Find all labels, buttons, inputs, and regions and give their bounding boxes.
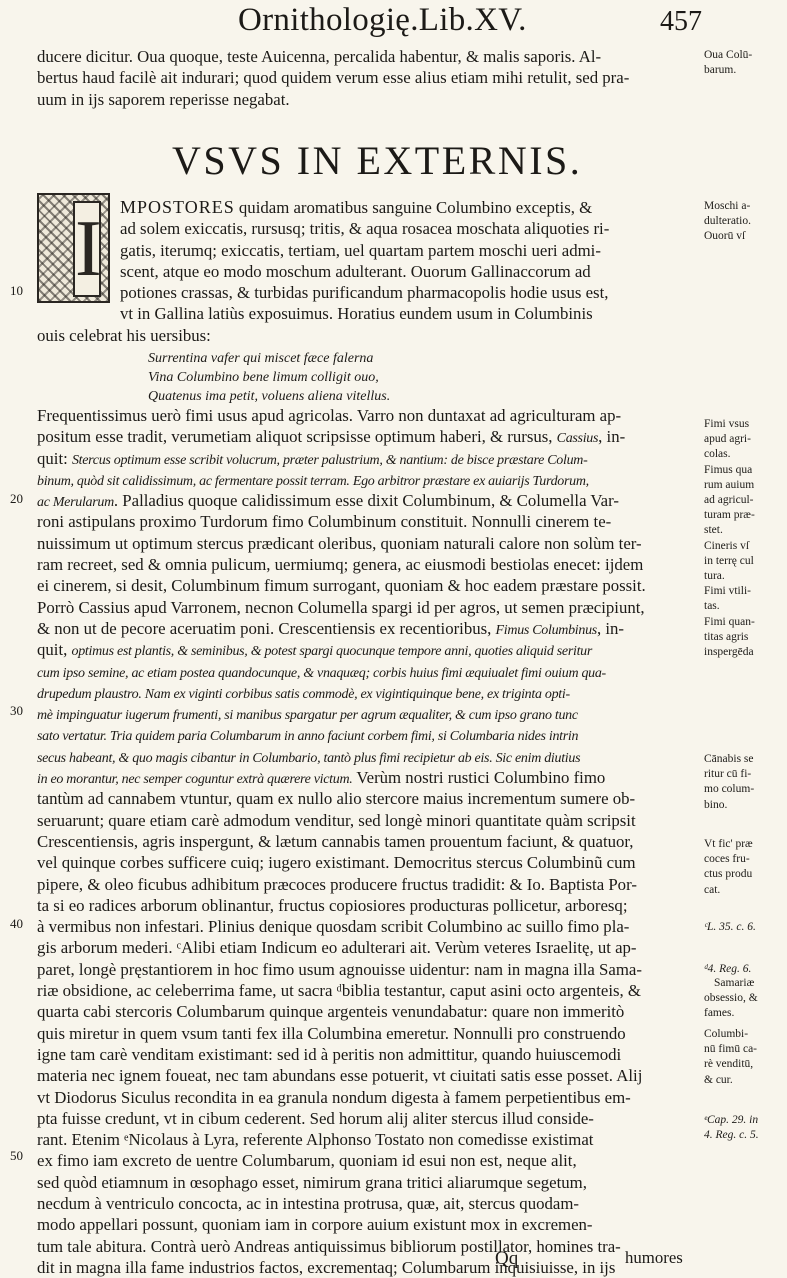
page-number: 457 — [660, 4, 702, 40]
text-line: binum, quòd sit calidissimum, ac ferment… — [37, 469, 697, 490]
text-fragment: necdum à ventriculo concocta, ac in inte… — [37, 1194, 579, 1213]
text-fragment: positum esse tradit, verumetiam aliquot … — [37, 427, 557, 446]
text-line: secus habeant, & quo magis cibantur in C… — [37, 746, 697, 767]
text-line: vt in Gallina latiùs exposuimus. Horatiu… — [120, 303, 700, 324]
text-fragment: paret, longè pręstantiorem in hoc fimo u… — [37, 960, 642, 979]
text-line: sato vertatur. Tria quidem paria Columba… — [37, 724, 697, 745]
section-heading: VSVS IN EXTERNIS. — [172, 136, 582, 186]
verse-line: Surrentina vafer qui miscet fæce falerna — [148, 349, 390, 368]
text-line: quarta cabi stercoris Columbarum quinque… — [37, 1001, 697, 1022]
text-line: riæ obsidione, ac celeberrima fame, ut s… — [37, 980, 697, 1001]
text-fragment: vel quinque corbes sufficere cuiq; iuger… — [37, 853, 636, 872]
text-fragment: Crescentiensis, agris inspergunt, & lætu… — [37, 832, 634, 851]
text-line: dit in magna illa fame industrios factos… — [37, 1257, 697, 1278]
margin-note-line: Ouorū vſ — [704, 229, 784, 244]
text-line: ex fimo iam excreto de uentre Columbarum… — [37, 1150, 697, 1171]
italic-quotation: ac Merularum — [37, 495, 114, 510]
margin-reference: ᶜL. 35. c. 6. — [704, 920, 784, 935]
text-fragment: Porrò Cassius apud Varronem, necnon Colu… — [37, 598, 645, 617]
text-line: Crescentiensis, agris inspergunt, & lætu… — [37, 831, 697, 852]
text-fragment: modo appellari possunt, quoniam iam in c… — [37, 1215, 593, 1234]
margin-note-line: ctus produ — [704, 867, 784, 882]
margin-note-line: mo colum- — [704, 782, 784, 797]
initial-letter: I — [73, 201, 101, 297]
text-fragment: , in- — [598, 427, 625, 446]
text-fragment: materia nec ignem foueat, nec tam abunda… — [37, 1066, 642, 1085]
italic-quotation: drupedum plaustro. Nam ex viginti corbib… — [37, 687, 570, 702]
italic-quotation: binum, quòd sit calidissimum, ac ferment… — [37, 474, 589, 489]
text-line: tantùm ad cannabem vtuntur, quam ex null… — [37, 788, 697, 809]
text-line: Porrò Cassius apud Varronem, necnon Colu… — [37, 597, 697, 618]
text-fragment: dit in magna illa fame industrios factos… — [37, 1258, 615, 1277]
text-line: bertus haud facilè ait indurari; quod qu… — [37, 67, 697, 88]
text-line: gis arborum mederi. ᶜAlibi etiam Indicum… — [37, 937, 697, 958]
margin-note-line: ritur cū fi- — [704, 767, 784, 782]
margin-note-ficus: Vt fic' præ coces fru- ctus produ cat. — [704, 837, 784, 898]
margin-note-line: inspergēda — [704, 645, 784, 660]
margin-note-line: Fimi quan- — [704, 615, 784, 630]
text-line: vel quinque corbes sufficere cuiq; iuger… — [37, 852, 697, 873]
margin-note-line: Moschi a- — [704, 199, 784, 214]
margin-note-line: barum. — [704, 63, 784, 78]
text-line: MPOSTORES quidam aromatibus sanguine Col… — [120, 197, 700, 218]
text-fragment: ta si eo radices arborum oblinantur, fru… — [37, 896, 627, 915]
margin-note-line: colas. — [704, 447, 784, 462]
italic-quotation: secus habeant, & quo magis cibantur in C… — [37, 751, 580, 766]
margin-note-line: apud agri- — [704, 432, 784, 447]
margin-note-columbi: Columbi- nū fimū ca- rè venditū, & cur. — [704, 1027, 784, 1088]
text-line: in eo morantur, nec semper coguntur extr… — [37, 767, 697, 788]
text-line: ad solem exiccatis, rursusq; tritis, & a… — [120, 218, 700, 239]
text-fragment: . Palladius quoque calidissimum esse dix… — [114, 491, 619, 510]
margin-note-line: nū fimū ca- — [704, 1042, 784, 1057]
text-fragment: quit, — [37, 640, 72, 659]
margin-note-line: turam præ- — [704, 508, 784, 523]
text-line: paret, longè pręstantiorem in hoc fimo u… — [37, 959, 697, 980]
text-fragment: sed quòd etiamnum in œsophago esset, nim… — [37, 1173, 587, 1192]
text-line: pipere, & oleo ficubus adhibitum præcoce… — [37, 874, 697, 895]
text-line: potiones crassas, & turbidas purificandu… — [120, 282, 700, 303]
line-number: 20 — [10, 491, 23, 507]
text-line: materia nec ignem foueat, nec tam abunda… — [37, 1065, 697, 1086]
text-line: modo appellari possunt, quoniam iam in c… — [37, 1214, 697, 1235]
text-fragment: quidam aromatibus sanguine Columbino exc… — [235, 198, 592, 217]
lead-word: MPOSTORES — [120, 197, 235, 217]
verse-quotation: Surrentina vafer qui miscet fæce falerna… — [148, 349, 390, 406]
text-line: nuissimum ut optimum stercus prædicant o… — [37, 533, 697, 554]
running-title: Ornithologię.Lib.XV. — [238, 0, 527, 40]
margin-reference: ᵈ4. Reg. 6. — [704, 962, 784, 977]
text-line: necdum à ventriculo concocta, ac in inte… — [37, 1193, 697, 1214]
margin-note-line: cat. — [704, 883, 784, 898]
margin-note-line: tas. — [704, 599, 784, 614]
text-fragment: vt Diodorus Siculus recondita in ea gran… — [37, 1088, 631, 1107]
text-line: ducere dicitur. Oua quoque, teste Auicen… — [37, 46, 697, 67]
margin-note-moschi: Moschi a- dulteratio. Ouorū vſ — [704, 199, 784, 245]
text-fragment: tum tale abitura. Contrà uerò Andreas an… — [37, 1237, 621, 1256]
margin-note-line: ad agricul- — [704, 493, 784, 508]
text-fragment: roni astipulans proximo Turdorum fimo Co… — [37, 512, 611, 531]
book-page: Ornithologię.Lib.XV. 457 ducere dicitur.… — [0, 0, 787, 1278]
italic-quotation: Stercus optimum esse scribit volucrum, p… — [72, 453, 587, 468]
text-line: quit: Stercus optimum esse scribit voluc… — [37, 448, 697, 469]
margin-note-line: tura. — [704, 569, 784, 584]
text-fragment: tantùm ad cannabem vtuntur, quam ex null… — [37, 789, 635, 808]
margin-note-line: Cineris vſ — [704, 539, 784, 554]
margin-note-line: 4. Reg. c. 5. — [704, 1128, 784, 1143]
signature-mark: Qq — [495, 1248, 518, 1270]
margin-note-line: dulteratio. — [704, 214, 784, 229]
margin-note-line: in terrę cul — [704, 554, 784, 569]
text-fragment: à vermibus non infestari. Plinius deniqu… — [37, 917, 629, 936]
text-fragment: Frequentissimus uerò fimi usus apud agri… — [37, 406, 621, 425]
text-fragment: quis miretur in quem vsum tanti fex illa… — [37, 1024, 626, 1043]
text-line: sed quòd etiamnum in œsophago esset, nim… — [37, 1172, 697, 1193]
text-fragment: rant. Etenim ᵉNicolaus à Lyra, referente… — [37, 1130, 593, 1149]
text-line: & non ut de pecore aceruatim poni. Cresc… — [37, 618, 697, 639]
italic-quotation: sato vertatur. Tria quidem paria Columba… — [37, 729, 578, 744]
text-line: drupedum plaustro. Nam ex viginti corbib… — [37, 682, 697, 703]
running-head: Ornithologię.Lib.XV. 457 — [0, 0, 787, 46]
margin-note-canabis: Cānabis se ritur cū fi- mo colum- bino. — [704, 752, 784, 813]
margin-note-line: Fimus qua — [704, 463, 784, 478]
text-fragment: quit: — [37, 449, 72, 468]
text-fragment: & non ut de pecore aceruatim poni. Cresc… — [37, 619, 496, 638]
margin-note-line: obsessio, & — [704, 991, 784, 1006]
margin-note-line: & cur. — [704, 1073, 784, 1088]
margin-note-line: rè venditū, — [704, 1057, 784, 1072]
text-line: quit, optimus est plantis, & seminibus, … — [37, 639, 697, 660]
text-fragment: ei cinerem, si desit, Columbinum fimum s… — [37, 576, 646, 595]
text-line: ac Merularum. Palladius quoque calidissi… — [37, 490, 697, 511]
text-fragment: ex fimo iam excreto de uentre Columbarum… — [37, 1151, 577, 1170]
text-fragment: nuissimum ut optimum stercus prædicant o… — [37, 534, 642, 553]
text-line: tum tale abitura. Contrà uerò Andreas an… — [37, 1236, 697, 1257]
italic-quotation: optimus est plantis, & seminibus, & pote… — [72, 644, 593, 659]
paragraph-continuation: ouis celebrat his uersibus: — [37, 325, 697, 346]
text-line: ta si eo radices arborum oblinantur, fru… — [37, 895, 697, 916]
decorated-initial: I — [37, 193, 110, 303]
italic-quotation: cum ipso semine, ac etiam postea quandoc… — [37, 666, 606, 681]
margin-note-line: bino. — [704, 798, 784, 813]
line-number: 50 — [10, 1148, 23, 1164]
margin-note-line: Vt fic' præ — [704, 837, 784, 852]
italic-quotation: Cassius — [557, 431, 598, 446]
text-line: Frequentissimus uerò fimi usus apud agri… — [37, 405, 697, 426]
margin-note-line: fames. — [704, 1006, 784, 1021]
text-line: roni astipulans proximo Turdorum fimo Co… — [37, 511, 697, 532]
text-fragment: ram recreet, sed & omnia pulicum, uermiu… — [37, 555, 643, 574]
italic-quotation: mè impinguatur iugerum frumenti, si mani… — [37, 708, 578, 723]
margin-note-oua: Oua Colū- barum. — [704, 48, 784, 78]
line-number: 30 — [10, 703, 23, 719]
margin-reference: ᵉCap. 29. in 4. Reg. c. 5. — [704, 1113, 784, 1143]
margin-note-line: ᵉCap. 29. in — [704, 1113, 784, 1128]
text-fragment: igne tam carè venditam existimant: sed i… — [37, 1045, 621, 1064]
margin-note-line: Cānabis se — [704, 752, 784, 767]
margin-note-samaria: Samariæ obsessio, & fames. — [704, 976, 784, 1022]
text-fragment: pta fuisse credunt, vt in cibum cederent… — [37, 1109, 594, 1128]
verse-line: Quatenus ima petit, voluens aliena vitel… — [148, 387, 390, 406]
text-line: igne tam carè venditam existimant: sed i… — [37, 1044, 697, 1065]
text-fragment: riæ obsidione, ac celeberrima fame, ut s… — [37, 981, 641, 1000]
text-line: pta fuisse credunt, vt in cibum cederent… — [37, 1108, 697, 1129]
text-line: seruarunt; quare etiam carè admodum vend… — [37, 810, 697, 831]
catchword: humores — [625, 1248, 683, 1268]
text-fragment: Verùm nostri rustici Columbino fimo — [352, 768, 605, 787]
margin-note-line: coces fru- — [704, 852, 784, 867]
text-line: vt Diodorus Siculus recondita in ea gran… — [37, 1087, 697, 1108]
text-line: ei cinerem, si desit, Columbinum fimum s… — [37, 575, 697, 596]
text-line: à vermibus non infestari. Plinius deniqu… — [37, 916, 697, 937]
margin-note-line: Fimi vsus — [704, 417, 784, 432]
text-line: mè impinguatur iugerum frumenti, si mani… — [37, 703, 697, 724]
margin-note-line: Oua Colū- — [704, 48, 784, 63]
line-number: 10 — [10, 283, 23, 299]
text-line: uum in ijs saporem reperisse negabat. — [37, 89, 697, 110]
main-text: Frequentissimus uerò fimi usus apud agri… — [37, 405, 697, 1278]
verse-line: Vina Columbino bene limum colligit ouo, — [148, 368, 390, 387]
text-fragment: seruarunt; quare etiam carè admodum vend… — [37, 811, 636, 830]
text-line: ouis celebrat his uersibus: — [37, 325, 697, 346]
margin-note-line: Fimi vtili- — [704, 584, 784, 599]
margin-note-line: Samariæ — [704, 976, 784, 991]
text-line: cum ipso semine, ac etiam postea quandoc… — [37, 661, 697, 682]
text-line: rant. Etenim ᵉNicolaus à Lyra, referente… — [37, 1129, 697, 1150]
text-fragment: pipere, & oleo ficubus adhibitum præcoce… — [37, 875, 637, 894]
top-paragraph: ducere dicitur. Oua quoque, teste Auicen… — [37, 46, 697, 110]
text-line: ram recreet, sed & omnia pulicum, uermiu… — [37, 554, 697, 575]
text-line: gatis, iterumq; exiccatis, tertiam, uel … — [120, 240, 700, 261]
margin-note-line: stet. — [704, 523, 784, 538]
italic-quotation: Fimus Columbinus — [496, 623, 597, 638]
margin-note-fimi: Fimi vsus apud agri- colas. Fimus qua ru… — [704, 417, 784, 660]
text-line: quis miretur in quem vsum tanti fex illa… — [37, 1023, 697, 1044]
italic-quotation: in eo morantur, nec semper coguntur extr… — [37, 772, 352, 787]
margin-note-line: titas agris — [704, 630, 784, 645]
margin-note-line: rum auium — [704, 478, 784, 493]
text-line: positum esse tradit, verumetiam aliquot … — [37, 426, 697, 447]
text-fragment: quarta cabi stercoris Columbarum quinque… — [37, 1002, 624, 1021]
first-paragraph: MPOSTORES quidam aromatibus sanguine Col… — [120, 197, 700, 325]
margin-note-line: Columbi- — [704, 1027, 784, 1042]
text-line: scent, atque eo modo moschum adulterant.… — [120, 261, 700, 282]
text-fragment: , in- — [597, 619, 624, 638]
line-number: 40 — [10, 916, 23, 932]
text-fragment: gis arborum mederi. ᶜAlibi etiam Indicum… — [37, 938, 637, 957]
